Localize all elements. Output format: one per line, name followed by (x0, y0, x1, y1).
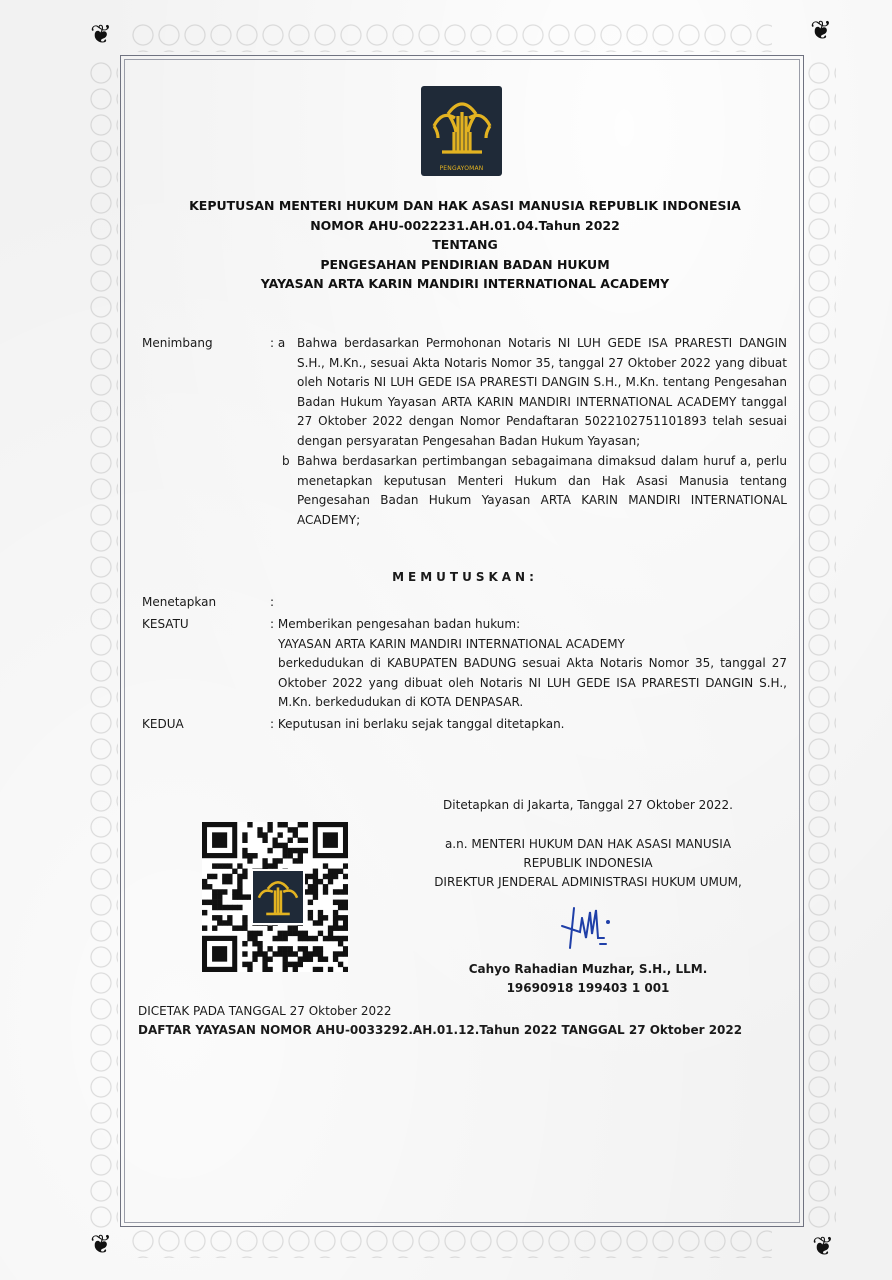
kedua-text: : Keputusan ini berlaku sejak tanggal di… (270, 715, 565, 735)
signatory-position: DIREKTUR JENDERAL ADMINISTRASI HUKUM UMU… (400, 873, 776, 892)
kesatu-line1: : Memberikan pengesahan badan hukum: (270, 615, 520, 635)
corner-ornament-icon: ❦ (86, 1230, 116, 1260)
on-behalf-line1: a.n. MENTERI HUKUM DAN HAK ASASI MANUSIA (400, 835, 776, 854)
menetapkan-colon: : (270, 593, 274, 613)
ministry-logo: PENGAYOMAN (421, 86, 502, 176)
kedua-label: KEDUA (142, 715, 184, 735)
on-behalf-line2: REPUBLIK INDONESIA (400, 854, 776, 873)
handwritten-signature-icon (560, 898, 620, 952)
document-heading: KEPUTUSAN MENTERI HUKUM DAN HAK ASASI MA… (150, 196, 780, 294)
kesatu-foundation-name: YAYASAN ARTA KARIN MANDIRI INTERNATIONAL… (278, 635, 625, 655)
heading-line: TENTANG (150, 235, 780, 255)
corner-ornament-icon: ❦ (806, 16, 836, 46)
heading-line: PENGESAHAN PENDIRIAN BADAN HUKUM (150, 255, 780, 275)
verification-qr-code[interactable] (202, 822, 348, 972)
decorative-border-right (806, 60, 836, 1230)
consideration-b: Bahwa berdasarkan pertimbangan sebagaima… (297, 452, 787, 530)
menimbang-colon: : a (270, 334, 285, 354)
menimbang-label: Menimbang (142, 334, 213, 354)
memutuskan-title: MEMUTUSKAN: (150, 570, 780, 584)
consideration-b-letter: b (282, 452, 290, 472)
printed-date: DICETAK PADA TANGGAL 27 Oktober 2022 (138, 1002, 391, 1022)
consideration-a: Bahwa berdasarkan Permohonan Notaris NI … (297, 334, 787, 451)
pengayoman-emblem-icon (428, 92, 496, 158)
signatory-nip: 19690918 199403 1 001 (400, 979, 776, 998)
decree-number: NOMOR AHU-0022231.AH.01.04.Tahun 2022 (150, 216, 780, 236)
signatory-name: Cahyo Rahadian Muzhar, S.H., LLM. (400, 960, 776, 979)
decorative-border-bottom (130, 1228, 772, 1258)
corner-ornament-icon: ❦ (86, 20, 116, 50)
logo-caption: PENGAYOMAN (421, 165, 502, 172)
kesatu-details: berkedudukan di KABUPATEN BADUNG sesuai … (278, 654, 787, 713)
corner-ornament-icon: ❦ (808, 1232, 838, 1262)
place-date: Ditetapkan di Jakarta, Tanggal 27 Oktobe… (400, 796, 776, 815)
decorative-border-top (130, 22, 772, 52)
pengayoman-emblem-icon (253, 871, 303, 923)
qr-center-logo (251, 869, 305, 925)
kesatu-label: KESATU (142, 615, 189, 635)
heading-line: KEPUTUSAN MENTERI HUKUM DAN HAK ASASI MA… (150, 196, 780, 216)
decorative-border-left (88, 60, 118, 1230)
registry-number: DAFTAR YAYASAN NOMOR AHU-0033292.AH.01.1… (138, 1021, 742, 1041)
menetapkan-label: Menetapkan (142, 593, 216, 613)
foundation-name: YAYASAN ARTA KARIN MANDIRI INTERNATIONAL… (150, 274, 780, 294)
